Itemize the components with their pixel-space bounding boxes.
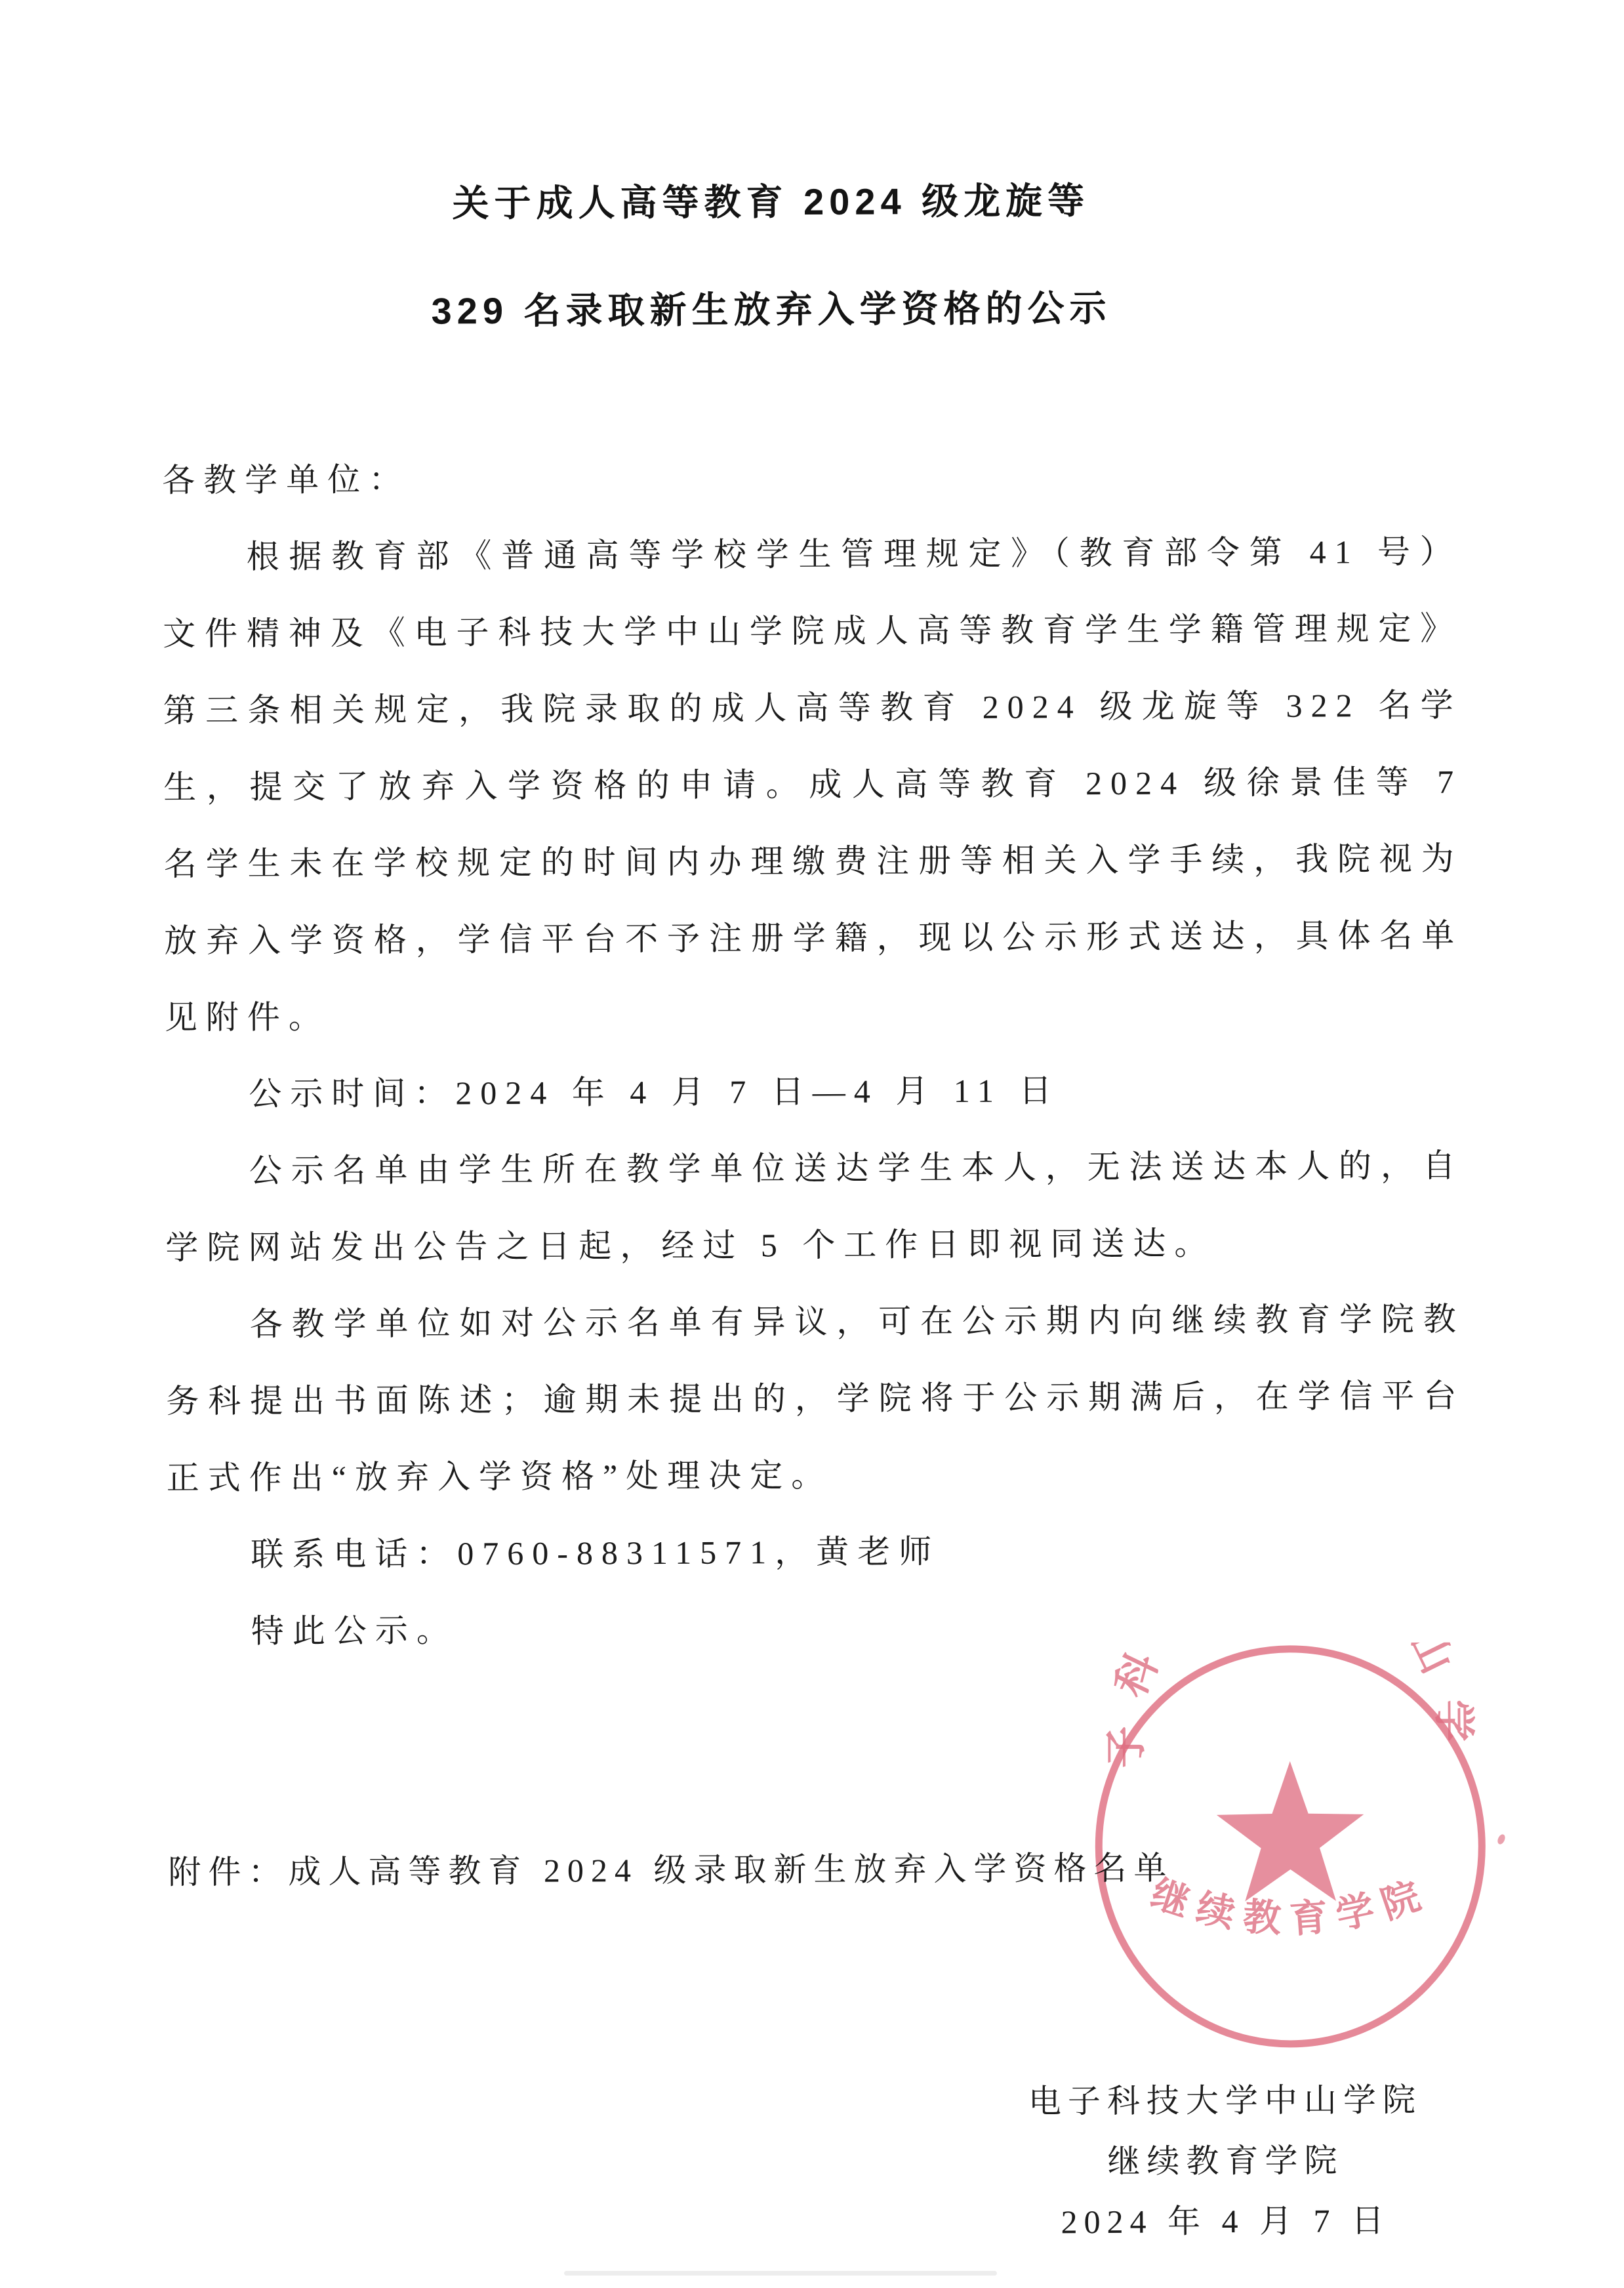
seal-top-arc-text: 电子科技大学中山学院 bbox=[1089, 1642, 1477, 1768]
signature-org-line2: 继续教育学院 bbox=[983, 2130, 1468, 2192]
title-line-2: 329 名录取新生放弃入学资格的公示 bbox=[161, 289, 1381, 331]
signature-date: 2024 年 4 月 7 日 bbox=[983, 2190, 1469, 2253]
signature-org-line1: 电子科技大学中山学院 bbox=[983, 2070, 1468, 2132]
title-line-1: 关于成人高等教育 2024 级龙旋等 bbox=[161, 181, 1381, 223]
official-seal: 电子科技大学中山学院 继续教育学院 bbox=[1089, 1642, 1492, 2052]
signature-block: 电子科技大学中山学院 继续教育学院 2024 年 4 月 7 日 bbox=[983, 2070, 1469, 2253]
scanner-artifact-line bbox=[564, 2271, 997, 2276]
notice-body: 根据教育部《普通高等学校学生管理规定》（教育部令第 41 号）文件精神及《电子科… bbox=[162, 514, 1466, 1671]
scanned-notice-page: 关于成人高等教育 2024 级龙旋等 329 名录取新生放弃入学资格的公示 各教… bbox=[0, 0, 1624, 2288]
seal-bottom-arc-text: 继续教育学院 bbox=[1146, 1871, 1436, 1942]
seal-star-icon bbox=[1217, 1761, 1364, 1901]
paragraph-publicity-period: 公示时间：2024 年 4 月 7 日—4 月 11 日 bbox=[165, 1051, 1463, 1134]
paragraph-contact-phone: 联系电话：0760-88311571，黄老师 bbox=[167, 1511, 1465, 1594]
paragraph-delivery: 公示名单由学生所在教学单位送达学生本人，无法送达本人的，自学院网站发出公告之日起… bbox=[165, 1128, 1465, 1287]
document-content: 关于成人高等教育 2024 级龙旋等 329 名录取新生放弃入学资格的公示 各教… bbox=[0, 0, 1624, 2257]
document-title: 关于成人高等教育 2024 级龙旋等 329 名录取新生放弃入学资格的公示 bbox=[161, 181, 1381, 331]
salutation: 各教学单位： bbox=[162, 437, 1461, 520]
paragraph-objection: 各教学单位如对公示名单有异议，可在公示期内向继续教育学院教务科提出书面陈述；逾期… bbox=[166, 1281, 1466, 1517]
paragraph-regulations: 根据教育部《普通高等学校学生管理规定》（教育部令第 41 号）文件精神及《电子科… bbox=[162, 514, 1463, 1057]
